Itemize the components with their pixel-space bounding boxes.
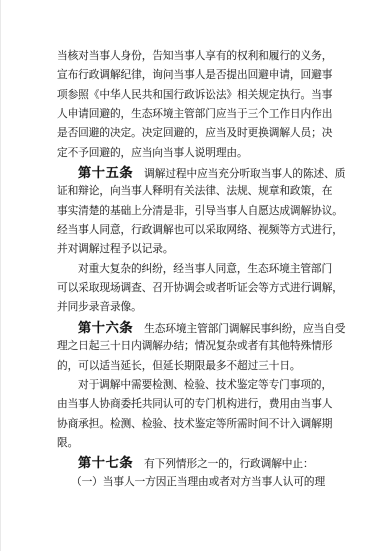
article-number: 第十七条 [78,455,133,470]
line-text: 并对调解过程予以记录。 [57,243,173,255]
line-text: 事实清楚的基础上分清是非，引导当事人自愿达成调解协议。 [57,205,343,217]
line-text: 经当事人同意，行政调解也可以采取网络、视频等方式进行， [57,224,343,236]
document-line: 项参照《中华人民共和国行政诉讼法》相关规定执行。当事 [57,86,341,105]
line-text: 可以采取现场调查、召开协调会或者听证会等方式进行调解， [57,282,343,294]
line-text: 有下列情形之一的，行政调解中止： [144,458,313,470]
line-text: 项参照《中华人民共和国行政诉讼法》相关规定执行。当事 [57,89,332,101]
document-line: 并对调解过程予以记录。 [57,240,341,259]
document-line: 经当事人同意，行政调解也可以采取网络、视频等方式进行， [57,221,341,240]
article-16-heading-line: 第十六条生态环境主管部门调解民事纠纷，应当自受 [57,318,341,337]
document-line: 协商承担。检测、检验、技术鉴定等所需时间不计入调解期 [57,415,341,434]
document-line: 人申请回避的，生态环境主管部门应当于三个工作日内作出 [57,105,341,124]
line-text: 定不予回避的，应当向当事人说明理由。 [57,147,248,159]
document-line: 理之日起三十日内调解办结；情况复杂或者有其他特殊情形 [57,337,341,356]
line-text: 协商承担。检测、检验、技术鉴定等所需时间不计入调解期 [57,418,332,430]
document-line: 对于调解中需要检测、检验、技术鉴定等专门事项的， [57,376,341,395]
document-line: 定不予回避的，应当向当事人说明理由。 [57,144,341,163]
document-line: 并同步录音录像。 [57,298,341,317]
line-text: 并同步录音录像。 [57,301,142,313]
line-text: 对重大复杂的纠纷，经当事人同意，生态环境主管部门 [78,263,332,275]
document-line: 的，可以适当延长，但延长期限最多不超过三十日。 [57,357,341,376]
line-text: 的，可以适当延长，但延长期限最多不超过三十日。 [57,360,301,372]
document-body-text: 当核对当事人身份，告知当事人享有的权利和履行的义务， 宣布行政调解纪律，询问当事… [57,47,341,492]
line-text: 人申请回避的，生态环境主管部门应当于三个工作日内作出 [57,108,332,120]
line-text: 是否回避的决定。决定回避的，应当及时更换调解人员；决 [57,127,332,139]
line-text: （一）当事人一方因正当理由或者对方当事人认可的理 [71,476,325,488]
article-15-heading-line: 第十五条调解过程中应当充分听取当事人的陈述、质 [57,163,341,182]
line-text: 证和辩论，向当事人释明有关法律、法规、规章和政策，在 [57,185,332,197]
line-text: 生态环境主管部门调解民事纠纷，应当自受 [144,323,345,335]
line-text: 限。 [57,437,78,449]
article-number: 第十五条 [78,165,133,180]
document-line: 是否回避的决定。决定回避的，应当及时更换调解人员；决 [57,124,341,143]
line-text: 宣布行政调解纪律，询问当事人是否提出回避申请，回避事 [57,69,332,81]
list-item-line: （一）当事人一方因正当理由或者对方当事人认可的理 [57,473,341,492]
document-line: 对重大复杂的纠纷，经当事人同意，生态环境主管部门 [57,260,341,279]
line-text: 由当事人协商委托共同认可的专门机构进行，费用由当事人 [57,398,332,410]
line-text: 当核对当事人身份，告知当事人享有的权利和履行的义务， [57,50,332,62]
line-text: 调解过程中应当充分听取当事人的陈述、质 [144,168,345,180]
scan-edge-line [0,0,1,551]
article-17-heading-line: 第十七条有下列情形之一的，行政调解中止： [57,453,341,472]
document-line: 证和辩论，向当事人释明有关法律、法规、规章和政策，在 [57,182,341,201]
line-text: 对于调解中需要检测、检验、技术鉴定等专门事项的， [78,379,332,391]
document-page: 当核对当事人身份，告知当事人享有的权利和履行的义务， 宣布行政调解纪律，询问当事… [0,0,390,551]
article-number: 第十六条 [78,320,133,335]
document-line: 可以采取现场调查、召开协调会或者听证会等方式进行调解， [57,279,341,298]
document-line: 限。 [57,434,341,453]
document-line: 宣布行政调解纪律，询问当事人是否提出回避申请，回避事 [57,66,341,85]
line-text: 理之日起三十日内调解办结；情况复杂或者有其他特殊情形 [57,340,332,352]
document-line: 由当事人协商委托共同认可的专门机构进行，费用由当事人 [57,395,341,414]
document-line: 事实清楚的基础上分清是非，引导当事人自愿达成调解协议。 [57,202,341,221]
document-line: 当核对当事人身份，告知当事人享有的权利和履行的义务， [57,47,341,66]
